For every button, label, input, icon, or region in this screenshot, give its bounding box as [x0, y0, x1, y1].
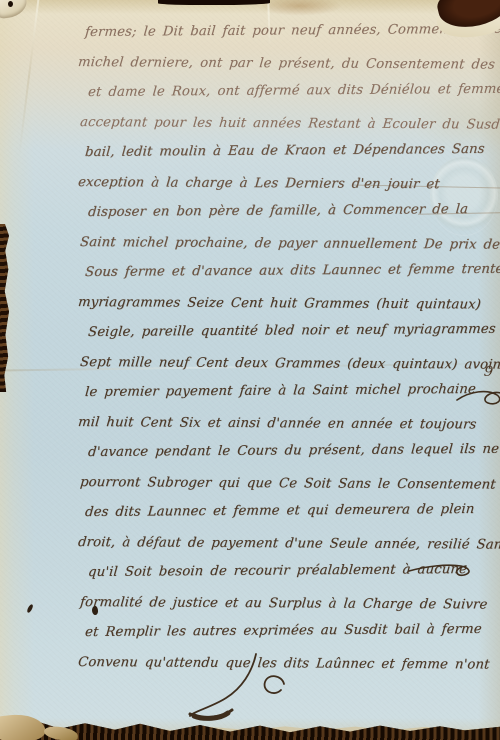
manuscript-line: bail, ledit moulin à Eau de Kraon et Dép… — [84, 135, 500, 168]
manuscript-line: Seigle, pareille quantité bled noir et n… — [87, 315, 500, 348]
ink-speck — [8, 1, 13, 7]
table-edge-top — [158, 0, 270, 5]
manuscript-line: d'avance pendant le Cours du présent, da… — [87, 435, 500, 468]
ink-paraph-icon — [170, 640, 300, 730]
manuscript-photograph: fermes; le Dit bail fait pour neuf année… — [0, 0, 500, 740]
manuscript-line: disposer en bon père de famille, à Comme… — [87, 195, 500, 228]
ink-flourish-icon — [406, 556, 476, 582]
manuscript-line: des dits Launnec et femme et qui demeure… — [84, 495, 500, 528]
manuscript-line: Sous ferme et d'avance aux dits Launnec … — [84, 255, 500, 288]
manuscript-line: et dame le Roux, ont affermé aux dits Dé… — [87, 75, 500, 108]
ink-flourish-icon — [435, 360, 500, 412]
